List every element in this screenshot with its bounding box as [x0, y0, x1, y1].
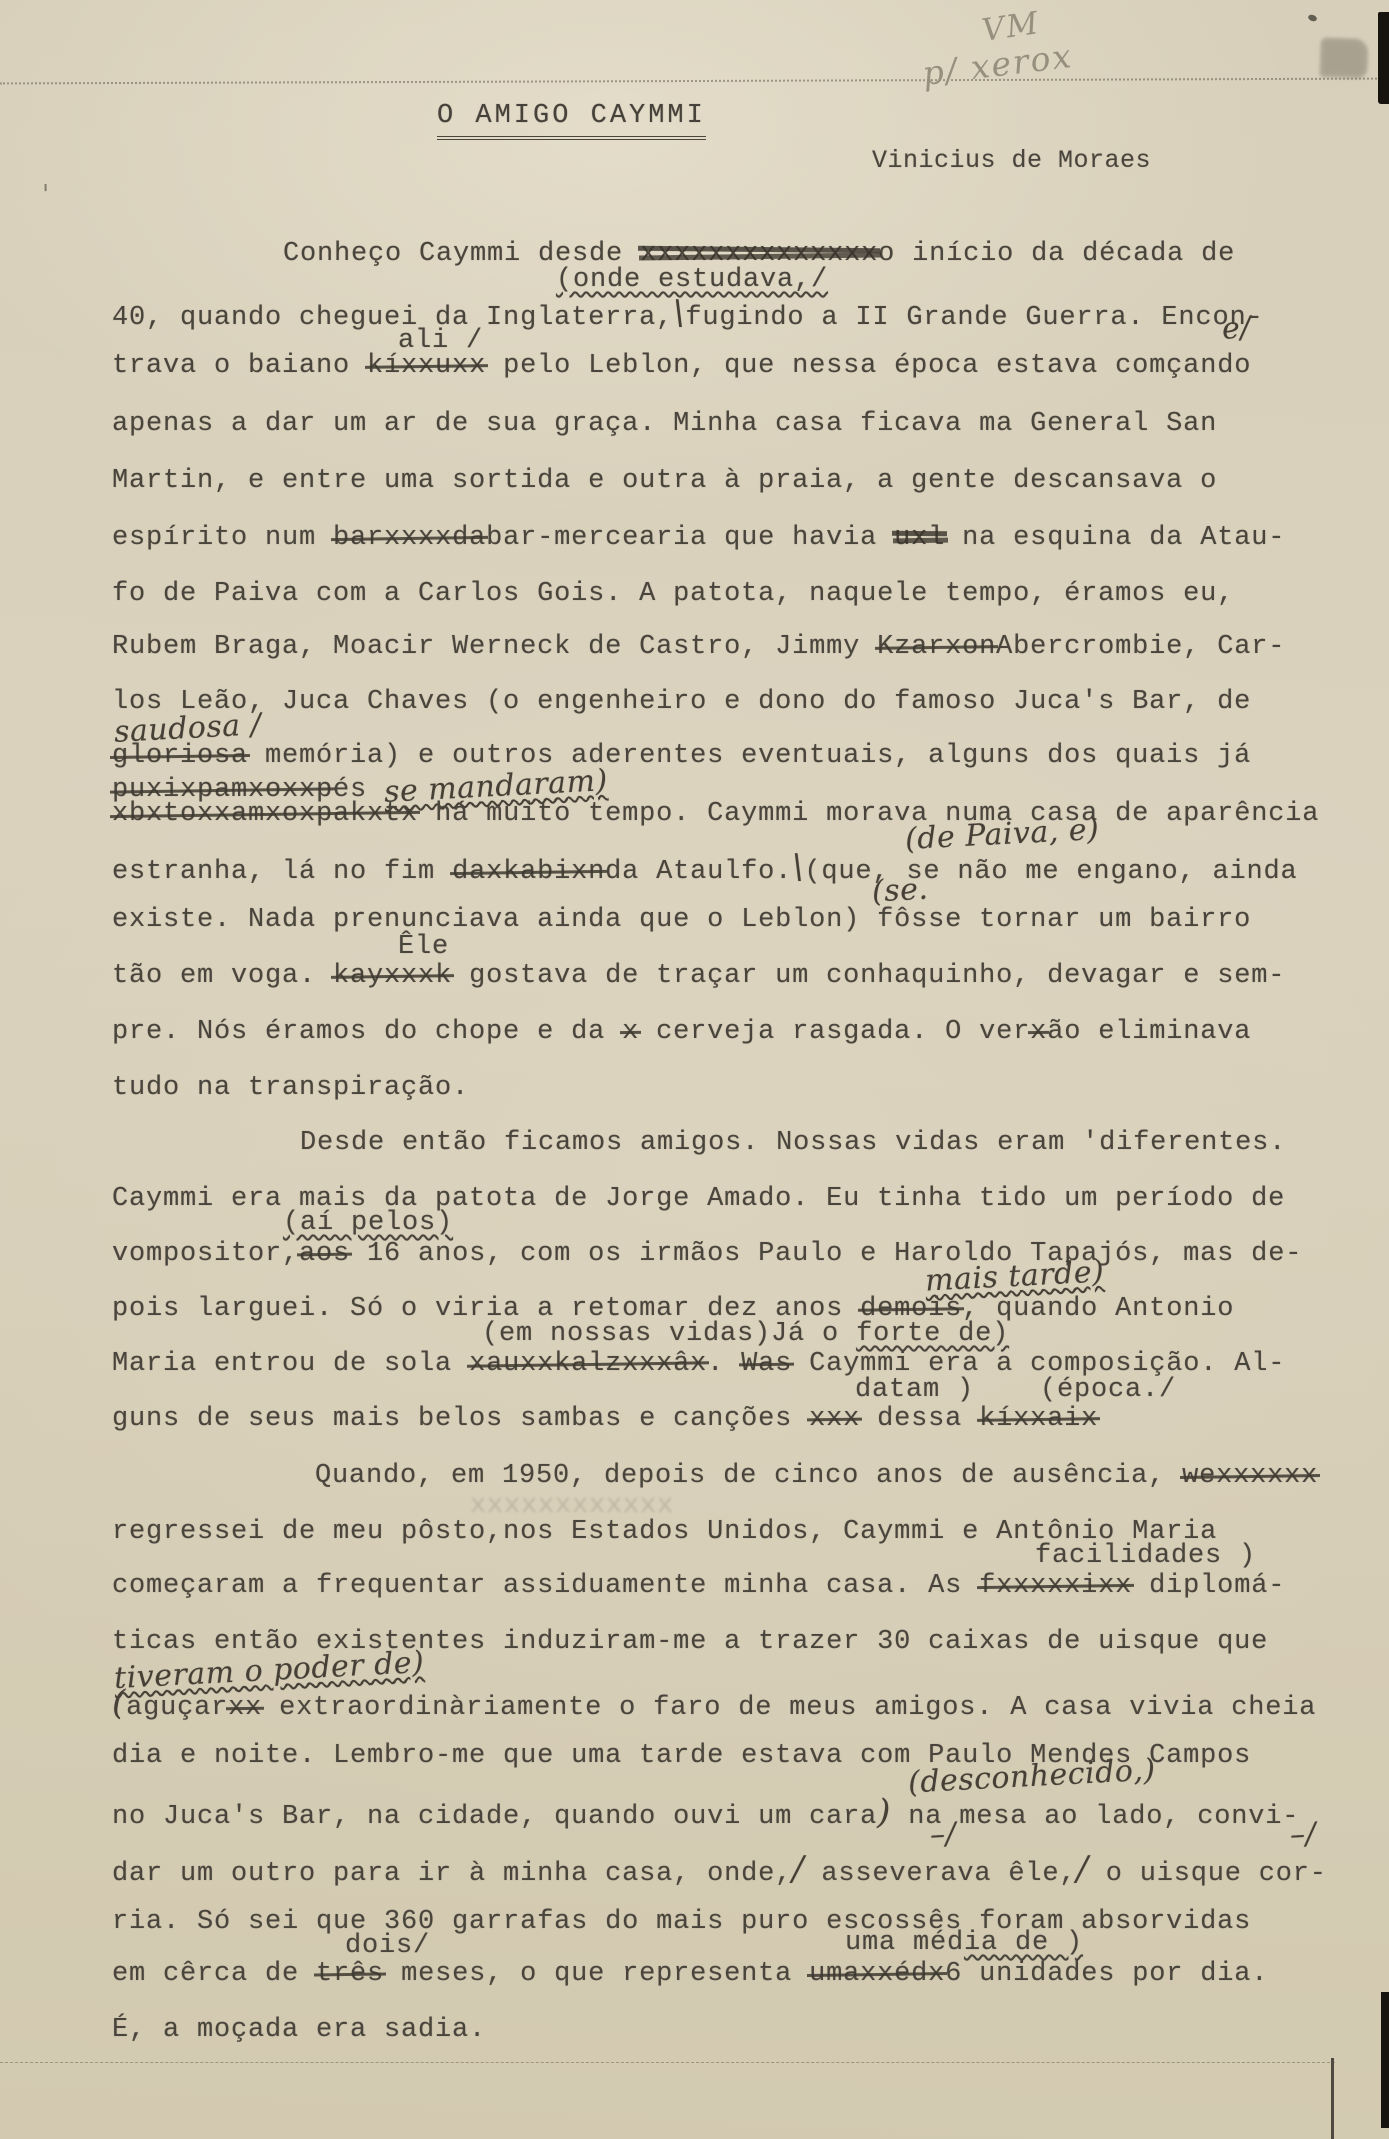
handwritten-annotation: / [792, 1852, 804, 1886]
struck-out-text: kíxxaix [979, 1405, 1098, 1435]
typed-text: vompositor, [112, 1239, 299, 1269]
typed-text: Maria entrou de sola [112, 1349, 469, 1379]
struck-out-text: três [316, 1960, 384, 1990]
typescript-line: uma média de ) [845, 1929, 1083, 1959]
struck-out-text: aos [299, 1240, 350, 1270]
document-page: ' VM p/ xerox O AMIGO CAYMMI Vinicius de… [0, 0, 1389, 2139]
typescript-line: começaram a frequentar assiduamente minh… [112, 1572, 1285, 1602]
typed-text: dar um outro para ir à minha casa, onde, [112, 1859, 792, 1889]
typescript-line: Rubem Braga, Moacir Werneck de Castro, J… [112, 633, 1285, 663]
struck-out-text: xx [228, 1694, 262, 1724]
bottom-fold-crease-line [0, 2062, 1335, 2063]
typescript-line: (aí pelos) [283, 1209, 453, 1239]
typescript-line: no Juca's Bar, na cidade, quando ouvi um… [112, 1795, 1299, 1833]
typed-text: existe. Nada prenunciava ainda que o Leb… [112, 905, 1251, 935]
typescript-line: (época./ [1040, 1376, 1176, 1406]
struck-out-text: kayxxxk [333, 962, 452, 992]
typescript-line: guns de seus mais belos sambas e canções… [112, 1405, 1098, 1435]
ink-smudge-mark [1319, 37, 1368, 79]
handwritten-annotation: (desconhecido,) [907, 1756, 1156, 1799]
typed-text: o início da década de [878, 239, 1235, 269]
typed-text: fo de Paiva com a Carlos Gois. A patota,… [112, 579, 1234, 609]
handwritten-annotation: mais tarde) [924, 1257, 1105, 1296]
typed-text: datam ) [855, 1375, 974, 1405]
typed-text: na esquina da Atau- [945, 523, 1285, 553]
typed-text: (aí pelos) [283, 1208, 453, 1238]
typed-text: trava o baiano [112, 351, 367, 381]
handwritten-annotation: –/ [929, 1819, 957, 1850]
typescript-line: tão em voga. kayxxxk gostava de traçar u… [112, 962, 1285, 992]
struck-out-text: xauxxkalzxxxâx [469, 1350, 707, 1380]
typescript-line: existe. Nada prenunciava ainda que o Leb… [112, 906, 1251, 936]
typed-text: dessa [860, 1404, 979, 1434]
typed-text: Rubem Braga, Moacir Werneck de Castro, J… [112, 632, 877, 662]
typescript-line: espírito num barxxxxdabar-mercearia que … [112, 524, 1285, 554]
typed-text: cerveja rasgada. O ver [639, 1017, 1030, 1047]
typed-text: asseverava êle, [804, 1859, 1076, 1889]
handwritten-annotation: \ [792, 850, 804, 884]
typed-text: É, a moçada era sadia. [112, 2015, 486, 2045]
struck-out-text: barxxxxda [333, 524, 486, 554]
typed-text: memória) e outros aderentes eventuais, a… [248, 741, 1251, 771]
typed-text: no Juca's Bar, na cidade, quando ouvi um… [112, 1802, 877, 1832]
struck-out-text: fxxxxxixx [979, 1572, 1132, 1602]
typescript-line: vompositor,aos 16 anos, com os irmãos Pa… [112, 1240, 1302, 1270]
ink-speck [1307, 14, 1318, 23]
typed-text: 6 unidades por dia. [945, 1959, 1268, 1989]
handwritten-annotation: \ [673, 296, 685, 330]
handwritten-annotation: (se. [871, 875, 929, 908]
typed-text: (onde estudava,/ [556, 265, 828, 295]
typed-text: dois/ [345, 1931, 430, 1961]
typed-text: extraordinàriamente o faro de meus amigo… [262, 1693, 1316, 1723]
handwritten-annotation: / [1076, 1852, 1088, 1886]
typescript-line: –/ [930, 1820, 956, 1854]
typed-text: pre. Nós éramos do chope e da [112, 1017, 622, 1047]
typescript-line: tudo na transpiração. [112, 1074, 469, 1104]
typed-text: gostava de traçar um conhaquinho, devaga… [452, 961, 1285, 991]
typed-text: 40, quando cheguei da Inglaterra, [112, 303, 673, 333]
typed-text: pelo Leblon, que nessa época estava comç… [486, 351, 1251, 381]
typed-text: facilidades ) [1035, 1541, 1256, 1571]
struck-out-text: x [1030, 1018, 1047, 1048]
typed-text: ão eliminava [1047, 1017, 1251, 1047]
struck-out-text: x [622, 1018, 639, 1048]
typed-text: tão em voga. [112, 961, 333, 991]
typed-text: forte de) [856, 1319, 1009, 1349]
typescript-line: trava o baiano kíxxuxx pelo Leblon, que … [112, 352, 1251, 382]
typed-text: uma méd [845, 1928, 964, 1958]
typescript-line: tiveram o poder de) [114, 1656, 424, 1690]
typescript-line: estranha, lá no fim daxkabixnda Ataulfo.… [112, 850, 1297, 888]
typed-text: Quando, em 1950, depois de cinco anos de… [315, 1461, 1182, 1491]
handwritten-annotation: ) [877, 1795, 891, 1829]
pencil-xerox-note: p/ xerox [921, 39, 1075, 90]
struck-out-text: Was [741, 1350, 792, 1380]
typed-text: tudo na transpiração. [112, 1073, 469, 1103]
typed-text: começaram a frequentar assiduamente minh… [112, 1571, 979, 1601]
typescript-line: em cêrca de três meses, o que representa… [112, 1960, 1268, 1990]
struck-out-text: kíxxuxx [367, 352, 486, 382]
struck-out-text: xxx [809, 1405, 860, 1435]
struck-out-text: Kzarxon [877, 633, 996, 663]
typescript-line: É, a moçada era sadia. [112, 2016, 486, 2046]
typescript-line: xbxtoxxamxoxpakxtx há muito tempo. Caymm… [112, 800, 1319, 830]
author-byline: Vinicius de Moraes [872, 147, 1151, 175]
handwritten-annotation: ( [112, 1686, 126, 1720]
top-fold-crease-line [0, 78, 1389, 85]
typescript-line: fo de Paiva com a Carlos Gois. A patota,… [112, 580, 1234, 610]
stray-quote-mark: ' [42, 180, 49, 210]
page-edge-shadow-bottom [1381, 1992, 1389, 2128]
typed-text: guns de seus mais belos sambas e canções [112, 1404, 809, 1434]
typescript-line: Martin, e entre uma sortida e outra à pr… [112, 467, 1217, 497]
typescript-line: dois/ [345, 1932, 430, 1962]
typed-text: . [707, 1349, 741, 1379]
typescript-line: facilidades ) [1035, 1542, 1256, 1572]
typed-text: Martin, e entre uma sortida e outra à pr… [112, 466, 1217, 496]
typescript-line: (em nossas vidas)Já o forte de) [482, 1320, 1009, 1350]
page-edge-shadow-top [1378, 12, 1389, 104]
typescript-line: –/ [1290, 1820, 1316, 1854]
typed-text: (época./ [1040, 1375, 1176, 1405]
typed-text: aguçar [126, 1693, 228, 1723]
handwritten-annotation: –/ [1289, 1819, 1317, 1850]
typescript-line: (desconhecido,) [908, 1762, 1156, 1796]
typescript-line: gloriosa memória) e outros aderentes eve… [112, 742, 1251, 772]
next-page-edge-line [1331, 2058, 1334, 2139]
struck-out-text: gloriosa [112, 742, 248, 772]
typed-text: bar-mercearia que havia [486, 523, 894, 553]
typescript-line: Êle [398, 933, 449, 963]
typed-text: há muito tempo. Caymmi morava numa casa … [418, 799, 1319, 829]
typed-text: 16 anos, com os irmãos Paulo e Haroldo T… [350, 1239, 1302, 1269]
typescript-line: Desde então ficamos amigos. Nossas vidas… [300, 1129, 1286, 1159]
typescript-line: pre. Nós éramos do chope e da x cerveja … [112, 1018, 1251, 1048]
typescript-line: e/ [1222, 314, 1251, 348]
typescript-line: los Leão, Juca Chaves (o engenheiro e do… [112, 688, 1251, 718]
typed-text: Abercrombie, Car- [996, 632, 1285, 662]
typescript-line: Quando, em 1950, depois de cinco anos de… [315, 1462, 1318, 1492]
typed-text: estranha, lá no fim [112, 857, 452, 887]
typed-text: em cêrca de [112, 1959, 316, 1989]
typed-text: espírito num [112, 523, 333, 553]
struck-out-text: umaxxédx [809, 1960, 945, 1990]
typescript-line: apenas a dar um ar de sua graça. Minha c… [112, 410, 1217, 440]
scanned-typescript: { "document": { "colors": { "paper": "#d… [0, 0, 1389, 2139]
handwritten-annotation: e/ [1221, 313, 1251, 344]
struck-out-text: xbxtoxxamxoxpakxtx [112, 800, 418, 830]
typescript-line: 40, quando cheguei da Inglaterra,\fugind… [112, 296, 1263, 334]
typed-text: (em nossas vidas)Já o [482, 1319, 856, 1349]
typescript-line: (onde estudava,/ [556, 266, 828, 296]
typescript-line: datam ) [855, 1376, 974, 1406]
typed-text: Êle [398, 932, 449, 962]
document-title: O AMIGO CAYMMI [437, 102, 706, 140]
typescript-line: (de Paiva, e) [905, 820, 1099, 854]
typed-text: apenas a dar um ar de sua graça. Minha c… [112, 409, 1217, 439]
typed-text: o uisque cor- [1089, 1859, 1327, 1889]
typed-text: da Ataulfo. [605, 857, 792, 887]
typed-text: Desde então ficamos amigos. Nossas vidas… [300, 1128, 1286, 1158]
typescript-line: mais tarde) [925, 1262, 1104, 1296]
struck-out-text: uxl [894, 524, 945, 554]
typed-text: diplomá- [1132, 1571, 1285, 1601]
typescript-line: dar um outro para ir à minha casa, onde,… [112, 1852, 1327, 1890]
typescript-line: (aguçarxx extraordinàriamente o faro de … [112, 1686, 1316, 1724]
typed-text: ia de ) [964, 1928, 1083, 1958]
struck-out-text: daxkabixn [452, 858, 605, 888]
typed-text: los Leão, Juca Chaves (o engenheiro e do… [112, 687, 1251, 717]
typed-text: fugindo a II Grande Guerra. Encon- [685, 303, 1263, 333]
struck-out-text: wexxxxxx [1182, 1462, 1318, 1492]
typed-text: meses, o que representa [384, 1959, 809, 1989]
